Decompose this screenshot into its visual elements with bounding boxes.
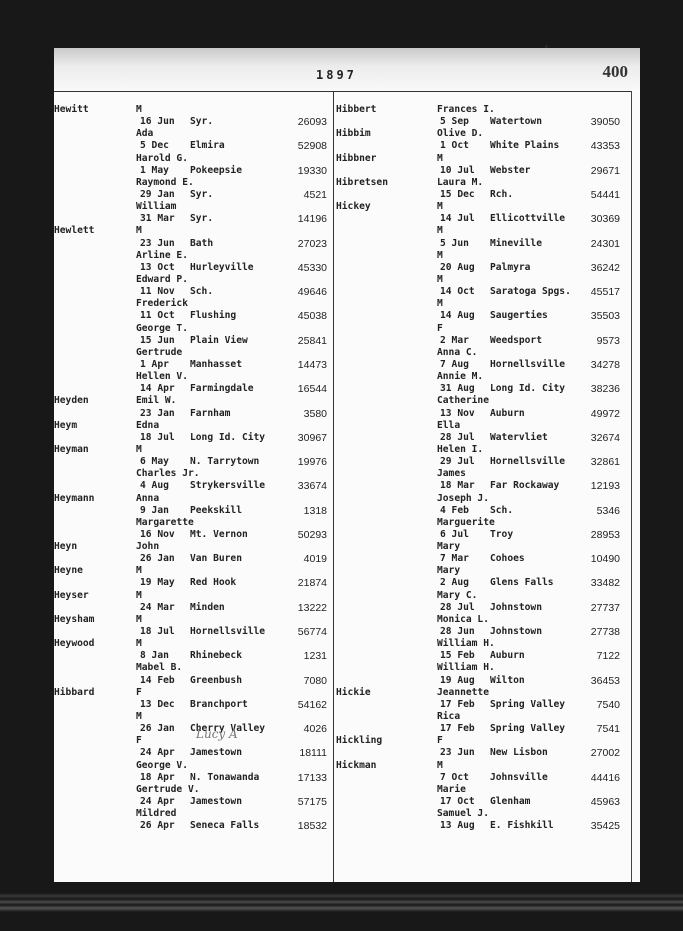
entry-place: Long Id. City [190, 432, 265, 444]
certificate-number: 34278 [591, 359, 620, 371]
surname: Hewitt [54, 104, 89, 116]
certificate-number: 7122 [597, 650, 620, 662]
entry-place: Syr. [190, 189, 213, 201]
entry-detail-row: 19 AugWilton36453 [336, 675, 628, 687]
entry-place: Manhasset [190, 359, 242, 371]
entry-date: 1 May [140, 165, 169, 177]
entry-date: 26 Apr [140, 820, 175, 832]
entry-name-row: George V. [54, 760, 333, 772]
entry-place: Johnsville [490, 772, 548, 784]
entry-name-row: Ella [336, 420, 628, 432]
entry-place: Mt. Vernon [190, 529, 248, 541]
entry-date: 17 Oct [440, 796, 475, 808]
entry-place: Hornellsville [490, 456, 565, 468]
entry-date: 10 Jul [440, 165, 475, 177]
entry-detail-row: 11 OctFlushing45038 [54, 310, 333, 322]
entry-place: Hornellsville [490, 359, 565, 371]
entry-place: Webster [490, 165, 530, 177]
entry-place: Farmingdale [190, 383, 254, 395]
given-name: Arline E. [136, 250, 188, 262]
given-name: Mary [437, 565, 460, 577]
given-name: M [136, 444, 142, 456]
certificate-number: 30967 [298, 432, 327, 444]
entry-place: Troy [490, 529, 513, 541]
entry-detail-row: 7 AugHornellsville34278 [336, 359, 628, 371]
certificate-number: 12193 [591, 480, 620, 492]
entry-detail-row: 20 AugPalmyra36242 [336, 262, 628, 274]
entry-detail-row: 24 AprJamestown18111 [54, 747, 333, 759]
entry-detail-row: 14 OctSaratoga Spgs.45517 [336, 286, 628, 298]
entry-date: 17 Feb [440, 699, 475, 711]
entry-date: 14 Feb [140, 675, 175, 687]
entry-name-row: HeyneM [54, 565, 333, 577]
entry-date: 15 Dec [440, 189, 475, 201]
entry-date: 24 Mar [140, 602, 175, 614]
entry-place: Hornellsville [190, 626, 265, 638]
entry-name-row: HicklingF [336, 735, 628, 747]
entry-detail-row: 17 FebSpring Valley7540 [336, 699, 628, 711]
given-name: M [437, 298, 443, 310]
given-name: F [136, 735, 142, 747]
certificate-number: 14196 [298, 213, 327, 225]
given-name: Charles Jr. [136, 468, 200, 480]
certificate-number: 5346 [597, 505, 620, 517]
surname: Heywood [54, 638, 94, 650]
surname: Heyser [54, 590, 89, 602]
entry-date: 14 Oct [440, 286, 475, 298]
given-name: M [437, 201, 443, 213]
entry-date: 11 Nov [140, 286, 175, 298]
entry-date: 2 Aug [440, 577, 469, 589]
entry-date: 24 Apr [140, 747, 175, 759]
entry-detail-row: 15 DecRch.54441 [336, 189, 628, 201]
handwritten-annotation: Lucy A [196, 727, 238, 741]
given-name: Ada [136, 128, 153, 140]
entry-date: 16 Jun [140, 116, 175, 128]
entry-place: Auburn [490, 408, 525, 420]
certificate-number: 21874 [298, 577, 327, 589]
entry-date: 16 Nov [140, 529, 175, 541]
entry-detail-row: 28 JulWatervliet32674 [336, 432, 628, 444]
certificate-number: 35503 [591, 310, 620, 322]
certificate-number: 33482 [591, 577, 620, 589]
surname: Heyden [54, 395, 89, 407]
entry-place: Saratoga Spgs. [490, 286, 571, 298]
given-name: Edna [136, 420, 159, 432]
entry-detail-row: 4 FebSch.5346 [336, 505, 628, 517]
entry-place: Palmyra [490, 262, 530, 274]
certificate-number: 24301 [591, 238, 620, 250]
given-name: F [437, 323, 443, 335]
given-name: Jeannette [437, 687, 489, 699]
entry-detail-row: 11 NovSch.49646 [54, 286, 333, 298]
entry-detail-row: 16 NovMt. Vernon50293 [54, 529, 333, 541]
entry-date: 20 Aug [440, 262, 475, 274]
entry-name-row: Mary [336, 565, 628, 577]
certificate-number: 7540 [597, 699, 620, 711]
certificate-number: 28953 [591, 529, 620, 541]
entry-name-row: Monica L. [336, 614, 628, 626]
entry-place: Watertown [490, 116, 542, 128]
entry-name-row: Helen I. [336, 444, 628, 456]
certificate-number: 19976 [298, 456, 327, 468]
entry-name-row: Harold G. [54, 153, 333, 165]
entry-detail-row: 6 JulTroy28953 [336, 529, 628, 541]
entry-date: 11 Oct [140, 310, 175, 322]
entry-place: Glens Falls [490, 577, 554, 589]
surname: Heyn [54, 541, 77, 553]
entry-detail-row: 10 JulWebster29671 [336, 165, 628, 177]
given-name: M [136, 614, 142, 626]
given-name: Frances I. [437, 104, 495, 116]
entry-name-row: Catherine [336, 395, 628, 407]
entry-place: Plain View [190, 335, 248, 347]
given-name: Raymond E. [136, 177, 194, 189]
entry-detail-row: 15 FebAuburn7122 [336, 650, 628, 662]
entry-name-row: M [54, 711, 333, 723]
entry-name-row: Margarette [54, 517, 333, 529]
certificate-number: 36242 [591, 262, 620, 274]
entry-detail-row: 23 JunBath27023 [54, 238, 333, 250]
certificate-number: 45963 [591, 796, 620, 808]
given-name: Monica L. [437, 614, 489, 626]
given-name: William H. [437, 662, 495, 674]
entry-detail-row: 5 DecElmira52908 [54, 140, 333, 152]
certificate-number: 54162 [298, 699, 327, 711]
film-scratch-streaks [0, 893, 683, 915]
entry-name-row: M [336, 298, 628, 310]
page-year: 1897 [316, 68, 357, 82]
certificate-number: 30369 [591, 213, 620, 225]
given-name: Mary [437, 541, 460, 553]
surname: Heyman [54, 444, 89, 456]
entry-detail-row: 28 JulJohnstown27737 [336, 602, 628, 614]
given-name: George T. [136, 323, 188, 335]
given-name: Samuel J. [437, 808, 489, 820]
given-name: Frederick [136, 298, 188, 310]
entry-name-row: HeymEdna [54, 420, 333, 432]
certificate-number: 27738 [591, 626, 620, 638]
entry-place: Jamestown [190, 747, 242, 759]
entry-detail-row: 2 AugGlens Falls33482 [336, 577, 628, 589]
column-divider [333, 91, 334, 882]
certificate-number: 45038 [298, 310, 327, 322]
surname: Hibbert [336, 104, 376, 116]
entry-name-row: James [336, 468, 628, 480]
entry-detail-row: 14 JulEllicottville30369 [336, 213, 628, 225]
given-name: M [437, 274, 443, 286]
entry-place: Spring Valley [490, 723, 565, 735]
certificate-number: 32861 [591, 456, 620, 468]
entry-date: 5 Sep [440, 116, 469, 128]
entry-date: 23 Jun [440, 747, 475, 759]
entry-detail-row: 15 JunPlain View25841 [54, 335, 333, 347]
entry-detail-row: 1 OctWhite Plains43353 [336, 140, 628, 152]
entry-date: 28 Jul [440, 432, 475, 444]
certificate-number: 49972 [591, 408, 620, 420]
entry-detail-row: 14 AugSaugerties35503 [336, 310, 628, 322]
entry-date: 18 Mar [440, 480, 475, 492]
given-name: Emil W. [136, 395, 176, 407]
entry-detail-row: 29 JanSyr.4521 [54, 189, 333, 201]
entry-date: 13 Aug [440, 820, 475, 832]
certificate-number: 7080 [304, 675, 327, 687]
entry-place: Seneca Falls [190, 820, 259, 832]
certificate-number: 36453 [591, 675, 620, 687]
entry-place: Jamestown [190, 796, 242, 808]
entry-detail-row: 26 AprSeneca Falls18532 [54, 820, 333, 832]
certificate-number: 54441 [591, 189, 620, 201]
entry-detail-row: 13 DecBranchport54162 [54, 699, 333, 711]
entry-place: Spring Valley [490, 699, 565, 711]
given-name: William H. [437, 638, 495, 650]
entry-name-row: HeyserM [54, 590, 333, 602]
entry-detail-row: 16 JunSyr.26093 [54, 116, 333, 128]
entry-detail-row: 2 MarWeedsport9573 [336, 335, 628, 347]
surname: Hewlett [54, 225, 94, 237]
certificate-number: 1231 [304, 650, 327, 662]
certificate-number: 3580 [304, 408, 327, 420]
given-name: Edward P. [136, 274, 188, 286]
entry-place: New Lisbon [490, 747, 548, 759]
entry-date: 15 Feb [440, 650, 475, 662]
entry-place: Van Buren [190, 553, 242, 565]
entry-name-row: Samuel J. [336, 808, 628, 820]
entry-date: 6 Jul [440, 529, 469, 541]
entry-place: Long Id. City [490, 383, 565, 395]
certificate-number: 27737 [591, 602, 620, 614]
entry-name-row: William H. [336, 662, 628, 674]
entry-date: 24 Apr [140, 796, 175, 808]
given-name: M [136, 225, 142, 237]
entry-date: 29 Jul [440, 456, 475, 468]
entry-name-row: HickeyM [336, 201, 628, 213]
entry-name-row: Gertrude V. [54, 784, 333, 796]
given-name: M [437, 153, 443, 165]
entry-detail-row: 13 NovAuburn49972 [336, 408, 628, 420]
entry-place: Watervliet [490, 432, 548, 444]
entry-name-row: Frederick [54, 298, 333, 310]
certificate-number: 4521 [304, 189, 327, 201]
entry-place: Sch. [190, 286, 213, 298]
entry-place: Strykersville [190, 480, 265, 492]
entry-name-row: HeydenEmil W. [54, 395, 333, 407]
entry-date: 13 Oct [140, 262, 175, 274]
entry-name-row: Gertrude [54, 347, 333, 359]
entry-detail-row: 24 AprJamestown57175 [54, 796, 333, 808]
entry-date: 13 Nov [440, 408, 475, 420]
entry-place: N. Tarrytown [190, 456, 259, 468]
certificate-number: 49646 [298, 286, 327, 298]
entry-place: Auburn [490, 650, 525, 662]
entry-name-row: HibbimOlive D. [336, 128, 628, 140]
entry-place: Farnham [190, 408, 230, 420]
entry-detail-row: 24 MarMinden13222 [54, 602, 333, 614]
entry-date: 7 Aug [440, 359, 469, 371]
given-name: Rica [437, 711, 460, 723]
certificate-number: 14473 [298, 359, 327, 371]
entry-place: Cohoes [490, 553, 525, 565]
entry-name-row: Edward P. [54, 274, 333, 286]
entry-date: 1 Oct [440, 140, 469, 152]
certificate-number: 1318 [304, 505, 327, 517]
entry-name-row: William [54, 201, 333, 213]
certificate-number: 44416 [591, 772, 620, 784]
certificate-number: 50293 [298, 529, 327, 541]
surname: Hibbner [336, 153, 376, 165]
entry-name-row: George T. [54, 323, 333, 335]
certificate-number: 33674 [298, 480, 327, 492]
entry-name-row: Mary [336, 541, 628, 553]
entry-detail-row: 26 JanCherry Valley4026 [54, 723, 333, 735]
given-name: Harold G. [136, 153, 188, 165]
entry-detail-row: 28 JunJohnstown27738 [336, 626, 628, 638]
entry-name-row: Annie M. [336, 371, 628, 383]
entry-date: 18 Jul [140, 432, 175, 444]
certificate-number: 27023 [298, 238, 327, 250]
certificate-number: 43353 [591, 140, 620, 152]
entry-detail-row: 8 JanRhinebeck1231 [54, 650, 333, 662]
entry-detail-row: 1 AprManhasset14473 [54, 359, 333, 371]
entry-detail-row: 29 JulHornellsville32861 [336, 456, 628, 468]
entry-date: 29 Jan [140, 189, 175, 201]
certificate-number: 45330 [298, 262, 327, 274]
given-name: M [136, 711, 142, 723]
left-column: HewittM16 JunSyr.26093Ada5 DecElmira5290… [54, 104, 333, 832]
given-name: M [437, 225, 443, 237]
entry-name-row: Arline E. [54, 250, 333, 262]
entry-name-row: Ada [54, 128, 333, 140]
entry-detail-row: 7 OctJohnsville44416 [336, 772, 628, 784]
entry-place: Sch. [490, 505, 513, 517]
entry-name-row: HeynJohn [54, 541, 333, 553]
frame-right-rule [631, 91, 632, 882]
given-name: M [437, 250, 443, 262]
given-name: Gertrude V. [136, 784, 200, 796]
entry-date: 13 Dec [140, 699, 175, 711]
certificate-number: 57175 [298, 796, 327, 808]
given-name: William [136, 201, 176, 213]
entry-name-row: Marguerite [336, 517, 628, 529]
entry-detail-row: 23 JunNew Lisbon27002 [336, 747, 628, 759]
entry-name-row: Charles Jr. [54, 468, 333, 480]
entry-date: 28 Jul [440, 602, 475, 614]
entry-date: 26 Jan [140, 723, 175, 735]
entry-detail-row: 13 AugE. Fishkill35425 [336, 820, 628, 832]
entry-detail-row: 5 JunMineville24301 [336, 238, 628, 250]
entry-place: White Plains [490, 140, 559, 152]
entry-date: 23 Jan [140, 408, 175, 420]
given-name: Annie M. [437, 371, 483, 383]
given-name: Olive D. [437, 128, 483, 140]
entry-date: 8 Jan [140, 650, 169, 662]
surname: Heymann [54, 493, 94, 505]
entry-name-row: HibbardF [54, 687, 333, 699]
entry-place: Syr. [190, 116, 213, 128]
surname: Hibretsen [336, 177, 388, 189]
entry-date: 18 Jul [140, 626, 175, 638]
entry-date: 23 Jun [140, 238, 175, 250]
given-name: Margarette [136, 517, 194, 529]
entry-date: 1 Apr [140, 359, 169, 371]
given-name: George V. [136, 760, 188, 772]
given-name: M [136, 590, 142, 602]
given-name: Laura M. [437, 177, 483, 189]
entry-place: Far Rockaway [490, 480, 559, 492]
entry-name-row: M [336, 225, 628, 237]
entry-date: 6 May [140, 456, 169, 468]
entry-name-row: HickieJeannette [336, 687, 628, 699]
entry-place: Flushing [190, 310, 236, 322]
certificate-number: 18111 [299, 747, 327, 759]
entry-name-row: Mary C. [336, 590, 628, 602]
entry-place: Johnstown [490, 626, 542, 638]
entry-name-row: HeywoodM [54, 638, 333, 650]
entry-detail-row: 18 MarFar Rockaway12193 [336, 480, 628, 492]
frame-top-rule [54, 91, 632, 92]
certificate-number: 29671 [591, 165, 620, 177]
surname: Hibbim [336, 128, 371, 140]
certificate-number: 26093 [298, 116, 327, 128]
entry-detail-row: 13 OctHurleyville45330 [54, 262, 333, 274]
entry-date: 14 Aug [440, 310, 475, 322]
given-name: Marguerite [437, 517, 495, 529]
entry-name-row: Mildred [54, 808, 333, 820]
entry-detail-row: 5 SepWatertown39050 [336, 116, 628, 128]
entry-detail-row: 1 MayPokeepsie19330 [54, 165, 333, 177]
given-name: Anna C. [437, 347, 477, 359]
entry-place: Mineville [490, 238, 542, 250]
given-name: Gertrude [136, 347, 182, 359]
given-name: James [437, 468, 466, 480]
entry-name-row: Raymond E. [54, 177, 333, 189]
entry-detail-row: 18 AprN. Tonawanda17133 [54, 772, 333, 784]
entry-name-row: F [336, 323, 628, 335]
entry-detail-row: 31 MarSyr.14196 [54, 213, 333, 225]
entry-detail-row: 9 JanPeekskill1318 [54, 505, 333, 517]
certificate-number: 18532 [298, 820, 327, 832]
entry-name-row: M [336, 250, 628, 262]
entry-place: N. Tonawanda [190, 772, 259, 784]
entry-place: Hurleyville [190, 262, 254, 274]
entry-date: 14 Apr [140, 383, 175, 395]
entry-date: 2 Mar [440, 335, 469, 347]
given-name: F [437, 735, 443, 747]
entry-date: 5 Jun [440, 238, 469, 250]
given-name: Mary C. [437, 590, 477, 602]
entry-detail-row: 6 MayN. Tarrytown19976 [54, 456, 333, 468]
certificate-number: 10490 [591, 553, 620, 565]
entry-place: Ellicottville [490, 213, 565, 225]
entry-date: 19 Aug [440, 675, 475, 687]
surname: Hickling [336, 735, 382, 747]
entry-place: Johnstown [490, 602, 542, 614]
entry-place: Greenbush [190, 675, 242, 687]
entry-detail-row: 4 AugStrykersville33674 [54, 480, 333, 492]
certificate-number: 4026 [304, 723, 327, 735]
given-name: Hellen V. [136, 371, 188, 383]
entry-place: E. Fishkill [490, 820, 554, 832]
entry-name-row: Hellen V. [54, 371, 333, 383]
page-number: 400 [603, 62, 629, 82]
entry-name-row: HewittM [54, 104, 333, 116]
surname: Hickman [336, 760, 376, 772]
entry-detail-row: 26 JanVan Buren4019 [54, 553, 333, 565]
entry-detail-row: 14 FebGreenbush7080 [54, 675, 333, 687]
entry-name-row: HeyshamM [54, 614, 333, 626]
entry-place: Bath [190, 238, 213, 250]
surname: Heyne [54, 565, 83, 577]
